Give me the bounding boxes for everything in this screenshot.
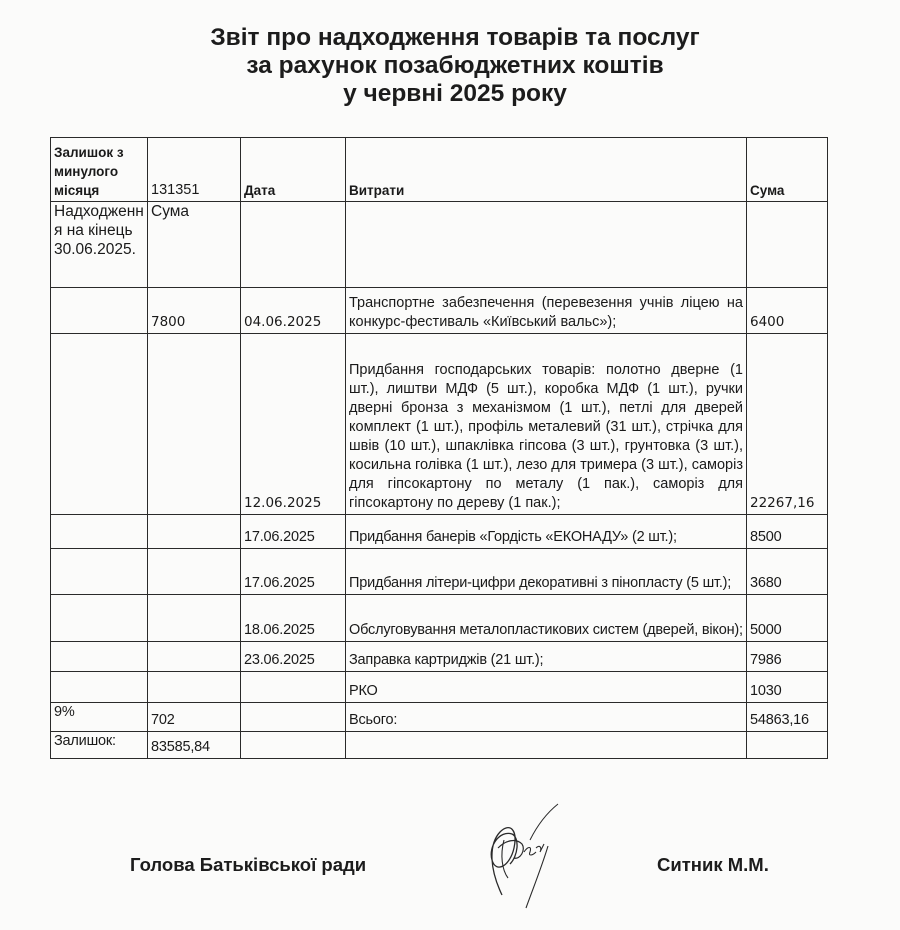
signatory-position: Голова Батьківської ради — [130, 854, 366, 876]
income-amount — [148, 549, 241, 595]
empty-cell — [51, 288, 148, 334]
expense-amount: 7986 — [747, 642, 828, 672]
income-label: Надходження на кінець 30.06.2025. — [51, 202, 148, 288]
expense-description: Транспортне забезпечення (перевезення уч… — [346, 288, 747, 334]
title-line-1: Звіт про надходження товарів та послуг — [0, 24, 900, 52]
table-row: 12.06.2025 Придбання господарських товар… — [51, 334, 828, 515]
expense-date: 04.06.2025 — [241, 288, 346, 334]
empty-cell — [51, 549, 148, 595]
expense-date: 18.06.2025 — [241, 595, 346, 642]
tax-rate: 9% — [51, 703, 148, 732]
total-label: Всього: — [346, 703, 747, 732]
expense-amount: 5000 — [747, 595, 828, 642]
income-row: Надходження на кінець 30.06.2025. Сума — [51, 202, 828, 288]
expense-description: Придбання літери-цифри декоративні з пін… — [346, 549, 747, 595]
title-line-3: у червні 2025 року — [0, 80, 900, 108]
empty-cell — [51, 642, 148, 672]
empty-cell — [51, 515, 148, 549]
income-amount — [148, 334, 241, 515]
expense-description: Придбання господарських товарів: полотно… — [346, 334, 747, 515]
expense-date — [241, 672, 346, 703]
expense-amount: 3680 — [747, 549, 828, 595]
expense-amount: 1030 — [747, 672, 828, 703]
total-amount: 54863,16 — [747, 703, 828, 732]
expenses-column-header: Витрати — [346, 138, 747, 202]
expense-date: 17.06.2025 — [241, 515, 346, 549]
expense-amount: 6400 — [747, 288, 828, 334]
remaining-balance-label: Залишок: — [51, 732, 148, 759]
table-row: 18.06.2025 Обслуговування металопластико… — [51, 595, 828, 642]
empty-cell — [241, 202, 346, 288]
table-row: 23.06.2025 Заправка картриджів (21 шт.);… — [51, 642, 828, 672]
empty-cell — [747, 202, 828, 288]
income-amount — [148, 672, 241, 703]
income-sum-label: Сума — [148, 202, 241, 288]
tax-amount: 702 — [148, 703, 241, 732]
expense-description: Придбання банерів «Гордість «ЕКОНАДУ» (2… — [346, 515, 747, 549]
date-column-header: Дата — [241, 138, 346, 202]
previous-balance-label: Залишок з минулого місяця — [51, 138, 148, 202]
expense-description: Заправка картриджів (21 шт.); — [346, 642, 747, 672]
expense-amount: 8500 — [747, 515, 828, 549]
remaining-balance-value: 83585,84 — [148, 732, 241, 759]
expense-date: 23.06.2025 — [241, 642, 346, 672]
expense-description: Обслуговування металопластикових систем … — [346, 595, 747, 642]
table-row: 7800 04.06.2025 Транспортне забезпечення… — [51, 288, 828, 334]
income-amount — [148, 642, 241, 672]
income-amount: 7800 — [148, 288, 241, 334]
expense-amount: 22267,16 — [747, 334, 828, 515]
income-amount — [148, 515, 241, 549]
empty-cell — [51, 595, 148, 642]
tax-total-row: 9% 702 Всього: 54863,16 — [51, 703, 828, 732]
document-title: Звіт про надходження товарів та послуг з… — [0, 24, 900, 108]
balance-row: Залишок: 83585,84 — [51, 732, 828, 759]
empty-cell — [241, 732, 346, 759]
previous-balance-value: 131351 — [148, 138, 241, 202]
table-row: 17.06.2025 Придбання літери-цифри декора… — [51, 549, 828, 595]
expense-date: 12.06.2025 — [241, 334, 346, 515]
table-row: 17.06.2025 Придбання банерів «Гордість «… — [51, 515, 828, 549]
signatory-name: Ситник М.М. — [657, 854, 769, 876]
sum-column-header: Сума — [747, 138, 828, 202]
expense-description: РКО — [346, 672, 747, 703]
expense-date: 17.06.2025 — [241, 549, 346, 595]
empty-cell — [747, 732, 828, 759]
empty-cell — [51, 672, 148, 703]
table-row: РКО 1030 — [51, 672, 828, 703]
title-line-2: за рахунок позабюджетних коштів — [0, 52, 900, 80]
signature-icon — [470, 800, 580, 910]
expense-report-table: Залишок з минулого місяця 131351 Дата Ви… — [50, 137, 828, 759]
empty-cell — [346, 202, 747, 288]
empty-cell — [241, 703, 346, 732]
income-amount — [148, 595, 241, 642]
empty-cell — [346, 732, 747, 759]
table-header-row: Залишок з минулого місяця 131351 Дата Ви… — [51, 138, 828, 202]
empty-cell — [51, 334, 148, 515]
